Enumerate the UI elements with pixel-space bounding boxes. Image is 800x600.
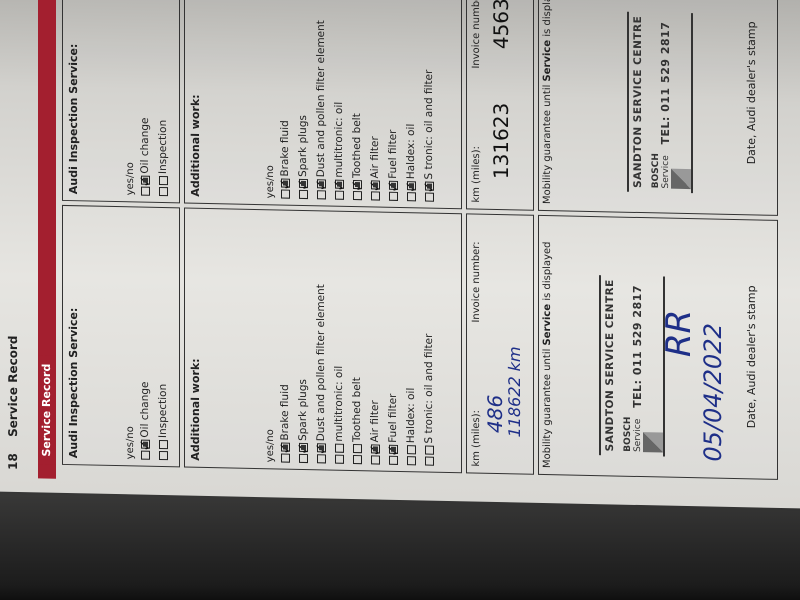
yes-checkbox[interactable] <box>159 451 168 460</box>
additional-work-item[interactable]: ✓S tronic: oil and filter <box>420 22 438 202</box>
no-checkbox[interactable] <box>425 446 434 455</box>
dealer-stamp: SANDTON SERVICE CENTRE BOSCH Service TEL… <box>599 275 665 456</box>
yes-no-label: yes/no <box>125 381 136 459</box>
date-stamp-label: Date, Audi dealer's stamp <box>745 285 758 428</box>
yes-checkbox[interactable] <box>335 455 344 464</box>
yes-checkbox[interactable] <box>317 454 326 463</box>
additional-work-item[interactable]: Toothed belt <box>348 285 366 465</box>
invoice-label: Invoice number: <box>471 241 482 322</box>
additional-work-item[interactable]: ✓multitronic: oil <box>330 20 348 200</box>
handwritten-tick-icon: ✓ <box>276 178 294 191</box>
no-checkbox[interactable]: ✓ <box>299 443 308 452</box>
yes-checkbox[interactable] <box>299 190 308 199</box>
item-label: S tronic: oil and filter <box>423 334 435 444</box>
item-label: Brake fluid <box>279 120 291 177</box>
yes-no-label: yes/no <box>125 117 136 195</box>
handwritten-tick-icon: ✓ <box>312 179 330 192</box>
yes-checkbox[interactable] <box>425 457 434 466</box>
no-checkbox[interactable]: ✓ <box>389 445 398 454</box>
additional-work-box: Additional work: yes/no ✓Brake fluid✓Spa… <box>184 207 462 473</box>
yes-checkbox[interactable] <box>299 454 308 463</box>
no-checkbox[interactable]: ✓ <box>317 443 326 452</box>
stamp-box-1: Mobility guarantee until Service is disp… <box>538 215 778 480</box>
additional-work-item[interactable]: ✓Air filter <box>366 285 384 465</box>
no-checkbox[interactable]: ✓ <box>371 180 380 189</box>
item-label: Haldex: oil <box>405 388 417 444</box>
handwritten-tick-icon: ✓ <box>312 443 330 456</box>
invoice-value: 4563 <box>489 0 513 49</box>
bosch-logo-icon <box>671 169 691 189</box>
no-checkbox[interactable] <box>407 445 416 454</box>
no-checkbox[interactable]: ✓ <box>425 182 434 191</box>
dealer-stamp: SANDTON SERVICE CENTRE BOSCH Service TEL… <box>627 12 693 193</box>
item-label: Spark plugs <box>297 115 309 177</box>
service-record-1: Service Record Audi Inspection Service: … <box>0 214 540 485</box>
yes-checkbox[interactable] <box>389 456 398 465</box>
item-label: Toothed belt <box>351 377 363 442</box>
no-checkbox[interactable] <box>159 176 168 185</box>
additional-work-item[interactable]: ✓Fuel filter <box>384 21 402 201</box>
item-label: Haldex: oil <box>405 124 417 180</box>
yes-checkbox[interactable] <box>159 187 168 196</box>
yes-no-label: yes/no <box>265 283 276 462</box>
additional-work-item[interactable]: ✓Fuel filter <box>384 285 402 465</box>
date-stamp-label: Date, Audi dealer's stamp <box>745 21 758 164</box>
inspection-title: Audi Inspection Service: <box>67 43 80 194</box>
inspection-item-inspection[interactable]: Inspection <box>154 118 172 196</box>
additional-work-item[interactable]: ✓Dust and pollen filter element <box>312 284 330 464</box>
km-extra-value: 486 <box>483 395 507 434</box>
no-checkbox[interactable]: ✓ <box>281 178 290 187</box>
handwritten-tick-icon: ✓ <box>402 180 420 193</box>
additional-work-item[interactable]: S tronic: oil and filter <box>420 286 438 466</box>
km-invoice-box: km (miles): Invoice number: 131623 4563 <box>466 0 534 211</box>
signature: RR <box>659 309 699 357</box>
inspection-box: Audi Inspection Service: yes/no ✓ Oil ch… <box>62 205 180 467</box>
item-label: Brake fluid <box>279 384 291 441</box>
item-label: multitronic: oil <box>333 366 345 442</box>
yes-checkbox[interactable] <box>371 455 380 464</box>
yes-checkbox[interactable] <box>425 193 434 202</box>
item-label: Air filter <box>369 400 381 442</box>
stamp-box-2: Mobility guarantee until Service is disp… <box>538 0 778 216</box>
yes-checkbox[interactable] <box>281 189 290 198</box>
inspection-title: Audi Inspection Service: <box>67 307 80 458</box>
service-date: 05/04/2022 <box>699 323 727 462</box>
service-booklet-page: 18 Service Record Service Record Audi In… <box>0 0 800 508</box>
additional-work-title: Additional work: <box>189 94 202 197</box>
handwritten-tick-icon: ✓ <box>348 179 366 192</box>
item-label: multitronic: oil <box>333 102 345 178</box>
additional-work-item[interactable]: multitronic: oil <box>330 284 348 464</box>
additional-work-item[interactable]: ✓Spark plugs <box>294 284 312 464</box>
yes-checkbox[interactable] <box>141 187 150 196</box>
additional-work-list: yes/no ✓Brake fluid✓Spark plugs✓Dust and… <box>265 283 438 466</box>
additional-work-item[interactable]: Haldex: oil <box>402 286 420 466</box>
no-checkbox[interactable]: ✓ <box>141 440 150 449</box>
km-value: 118622 km <box>505 346 524 437</box>
bosch-logo-icon <box>643 432 663 452</box>
handwritten-tick-icon: ✓ <box>330 179 348 192</box>
no-checkbox[interactable] <box>335 444 344 453</box>
item-label: S tronic: oil and filter <box>423 70 435 180</box>
item-label: Air filter <box>369 136 381 178</box>
item-label: Fuel filter <box>387 129 399 179</box>
additional-work-item[interactable]: ✓Spark plugs <box>294 20 312 200</box>
no-checkbox[interactable]: ✓ <box>299 179 308 188</box>
inspection-item-oil-change[interactable]: ✓ Oil change <box>136 381 154 459</box>
yes-checkbox[interactable] <box>335 191 344 200</box>
additional-work-item[interactable]: ✓Brake fluid <box>276 19 294 199</box>
additional-work-item[interactable]: ✓Toothed belt <box>348 21 366 201</box>
no-checkbox[interactable]: ✓ <box>353 180 362 189</box>
record-tab: Service Record <box>38 356 56 465</box>
yes-checkbox[interactable] <box>317 190 326 199</box>
yes-checkbox[interactable] <box>353 191 362 200</box>
additional-work-title: Additional work: <box>189 358 202 461</box>
item-label: Dust and pollen filter element <box>315 20 327 177</box>
service-record-2: Audi Inspection Service: yes/no ✓ Oil ch… <box>0 0 540 221</box>
no-checkbox[interactable]: ✓ <box>335 180 344 189</box>
handwritten-tick-icon: ✓ <box>276 442 294 455</box>
no-checkbox[interactable]: ✓ <box>389 181 398 190</box>
handwritten-tick-icon: ✓ <box>366 180 384 193</box>
handwritten-tick-icon: ✓ <box>366 444 384 457</box>
no-checkbox[interactable]: ✓ <box>407 181 416 190</box>
no-checkbox[interactable]: ✓ <box>141 176 150 185</box>
handwritten-tick-icon: ✓ <box>384 444 402 457</box>
no-checkbox[interactable]: ✓ <box>281 442 290 451</box>
yes-no-label: yes/no <box>265 19 276 198</box>
item-label: Dust and pollen filter element <box>315 284 327 441</box>
mobility-label: Mobility guarantee until Service is disp… <box>542 0 553 204</box>
km-invoice-box: km (miles): Invoice number: 486 118622 k… <box>466 213 534 474</box>
no-checkbox[interactable] <box>353 444 362 453</box>
yes-checkbox[interactable] <box>389 192 398 201</box>
handwritten-tick-icon: ✓ <box>420 181 438 194</box>
handwritten-tick-icon: ✓ <box>384 180 402 193</box>
invoice-label: Invoice number: <box>471 0 482 69</box>
additional-work-item[interactable]: ✓Dust and pollen filter element <box>312 20 330 200</box>
yes-checkbox[interactable] <box>407 456 416 465</box>
additional-work-box: Additional work: yes/no ✓Brake fluid✓Spa… <box>184 0 462 209</box>
yes-checkbox[interactable] <box>141 451 150 460</box>
handwritten-tick-icon: ✓ <box>294 178 312 191</box>
mobility-label: Mobility guarantee until Service is disp… <box>542 241 553 468</box>
item-label: Fuel filter <box>387 393 399 443</box>
additional-work-item[interactable]: ✓Brake fluid <box>276 283 294 463</box>
item-label: Toothed belt <box>351 113 363 178</box>
handwritten-tick-icon: ✓ <box>294 442 312 455</box>
km-label: km (miles): <box>471 146 482 203</box>
yes-checkbox[interactable] <box>281 453 290 462</box>
no-checkbox[interactable]: ✓ <box>371 444 380 453</box>
km-label: km (miles): <box>471 410 482 467</box>
inspection-item-oil-change[interactable]: ✓ Oil change <box>136 117 154 195</box>
yes-checkbox[interactable] <box>407 192 416 201</box>
yes-checkbox[interactable] <box>371 191 380 200</box>
inspection-item-inspection[interactable]: Inspection <box>154 382 172 460</box>
yes-checkbox[interactable] <box>353 455 362 464</box>
additional-work-list: yes/no ✓Brake fluid✓Spark plugs✓Dust and… <box>265 19 438 202</box>
additional-work-item[interactable]: ✓Haldex: oil <box>402 22 420 202</box>
no-checkbox[interactable]: ✓ <box>317 179 326 188</box>
item-label: Spark plugs <box>297 379 309 441</box>
additional-work-item[interactable]: ✓Air filter <box>366 21 384 201</box>
km-value: 131623 <box>489 103 513 180</box>
inspection-box: Audi Inspection Service: yes/no ✓ Oil ch… <box>62 0 180 203</box>
no-checkbox[interactable] <box>159 440 168 449</box>
